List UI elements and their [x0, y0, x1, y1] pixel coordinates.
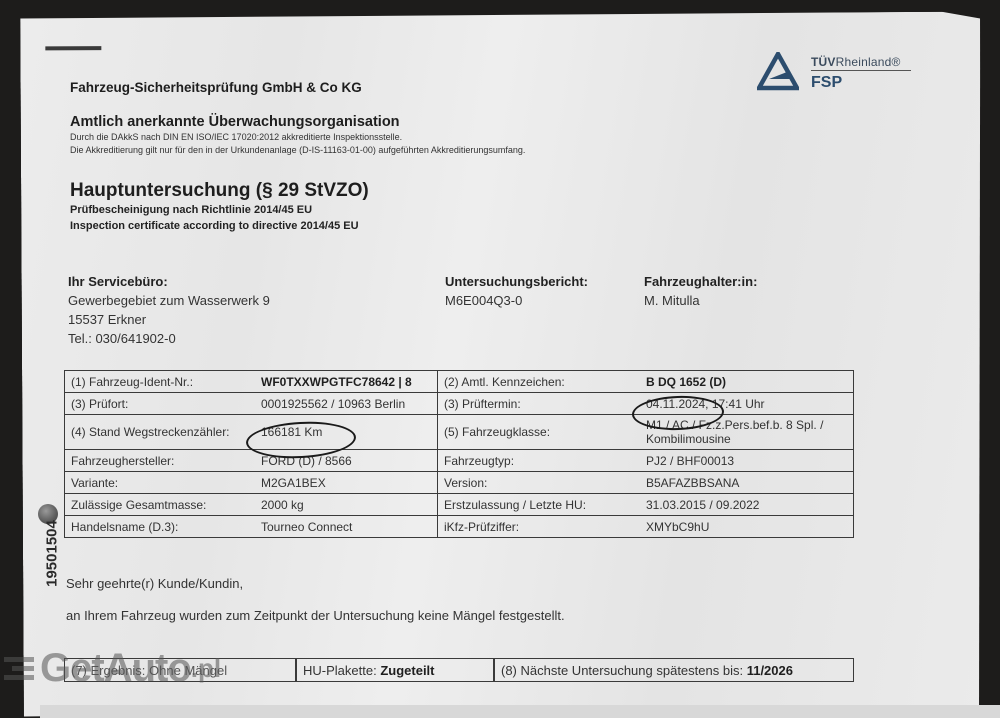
inspection-place-value: 0001925562 / 10963 Berlin — [255, 393, 438, 415]
organisation-title: Amtlich anerkannte Überwachungsorganisat… — [70, 114, 400, 130]
accreditation-line-2: Die Akkreditierung gilt nur für den in d… — [70, 145, 525, 155]
variant-label: Variante: — [65, 472, 256, 494]
gross-mass-value: 2000 kg — [255, 494, 438, 516]
logo-sub: FSP — [811, 74, 842, 92]
tuv-triangle-logo-icon — [757, 52, 799, 92]
table-row: Fahrzeughersteller: FORD (D) / 8566 Fahr… — [65, 450, 854, 472]
next-inspection-value: 11/2026 — [747, 663, 793, 678]
holder-block: Fahrzeughalter:in: M. Mitulla — [644, 274, 757, 310]
document-title: Hauptuntersuchung (§ 29 StVZO) — [70, 180, 369, 202]
inspection-date-label: (3) Prüftermin: — [438, 393, 641, 415]
inspection-date-value: 04.11.2024, 17:41 Uhr — [640, 393, 854, 415]
getauto-watermark: GetAuto.pl — [4, 646, 221, 691]
side-document-number: 19501504 — [44, 504, 61, 604]
letter-message: an Ihrem Fahrzeug wurden zum Zeitpunkt d… — [66, 608, 565, 623]
watermark-text: GetAuto — [40, 646, 191, 691]
plakette-label: HU-Plakette: — [303, 663, 377, 678]
document-subtitle-en: Inspection certificate according to dire… — [70, 220, 359, 232]
table-row: Zulässige Gesamtmasse: 2000 kg Erstzulas… — [65, 494, 854, 516]
letter-greeting: Sehr geehrte(r) Kunde/Kundin, — [66, 576, 243, 591]
plate-value: B DQ 1652 (D) — [640, 371, 854, 393]
check-digit-label: iKfz-Prüfziffer: — [438, 516, 641, 538]
logo-brand: TÜVRheinland® — [811, 55, 901, 69]
service-office-block: Ihr Servicebüro: Gewerbegebiet zum Wasse… — [68, 274, 270, 348]
table-row: (1) Fahrzeug-Ident-Nr.: WF0TXXWPGTFC7864… — [65, 371, 854, 393]
inspection-place-label: (3) Prüfort: — [65, 393, 256, 415]
report-heading: Untersuchungsbericht: — [445, 274, 588, 289]
service-office-street: Gewerbegebiet zum Wasserwerk 9 — [68, 291, 270, 310]
underlying-sheet — [40, 705, 1000, 718]
logo-divider — [811, 70, 911, 71]
manufacturer-label: Fahrzeughersteller: — [65, 450, 256, 472]
vehicle-class-label: (5) Fahrzeugklasse: — [438, 415, 641, 450]
service-office-phone: Tel.: 030/641902-0 — [68, 329, 270, 348]
plate-label: (2) Amtl. Kennzeichen: — [438, 371, 641, 393]
trade-name-label: Handelsname (D.3): — [65, 516, 256, 538]
report-block: Untersuchungsbericht: M6E004Q3-0 — [445, 274, 588, 310]
next-inspection-label: (8) Nächste Untersuchung spätestens bis: — [501, 663, 743, 678]
vin-label: (1) Fahrzeug-Ident-Nr.: — [65, 371, 256, 393]
registration-value: 31.03.2015 / 09.2022 — [640, 494, 854, 516]
plakette-box: HU-Plakette: Zugeteilt — [296, 658, 494, 682]
document-subtitle-de: Prüfbescheinigung nach Richtlinie 2014/4… — [70, 204, 312, 216]
next-inspection-box: (8) Nächste Untersuchung spätestens bis:… — [494, 658, 854, 682]
company-name: Fahrzeug-Sicherheitsprüfung GmbH & Co KG — [70, 80, 362, 95]
service-office-heading: Ihr Servicebüro: — [68, 274, 270, 289]
vin-value: WF0TXXWPGTFC78642 | 8 — [255, 371, 438, 393]
manufacturer-value: FORD (D) / 8566 — [255, 450, 438, 472]
odometer-value: 166181 Km — [255, 415, 438, 450]
odometer-label: (4) Stand Wegstreckenzähler: — [65, 415, 256, 450]
vehicle-data-table: (1) Fahrzeug-Ident-Nr.: WF0TXXWPGTFC7864… — [64, 370, 854, 538]
vehicle-type-label: Fahrzeugtyp: — [438, 450, 641, 472]
printer-mark — [45, 46, 101, 50]
variant-value: M2GA1BEX — [255, 472, 438, 494]
table-row: Handelsname (D.3): Tourneo Connect iKfz-… — [65, 516, 854, 538]
vehicle-class-value: M1 / AC / Fz.z.Pers.bef.b. 8 Spl. / Komb… — [640, 415, 854, 450]
accreditation-line-1: Durch die DAkkS nach DIN EN ISO/IEC 1702… — [70, 132, 402, 142]
table-row: Variante: M2GA1BEX Version: B5AFAZBBSANA — [65, 472, 854, 494]
service-office-city: 15537 Erkner — [68, 310, 270, 329]
table-row: (3) Prüfort: 0001925562 / 10963 Berlin (… — [65, 393, 854, 415]
trade-name-value: Tourneo Connect — [255, 516, 438, 538]
version-value: B5AFAZBBSANA — [640, 472, 854, 494]
tuv-rheinland-logo: TÜVRheinland® FSP — [757, 48, 927, 98]
version-label: Version: — [438, 472, 641, 494]
holder-heading: Fahrzeughalter:in: — [644, 274, 757, 289]
plakette-value: Zugeteilt — [380, 663, 434, 678]
table-row: (4) Stand Wegstreckenzähler: 166181 Km (… — [65, 415, 854, 450]
registration-label: Erstzulassung / Letzte HU: — [438, 494, 641, 516]
watermark-suffix: .pl — [191, 653, 221, 684]
holder-name: M. Mitulla — [644, 291, 757, 310]
gross-mass-label: Zulässige Gesamtmasse: — [65, 494, 256, 516]
report-number: M6E004Q3-0 — [445, 291, 588, 310]
check-digit-value: XMYbC9hU — [640, 516, 854, 538]
watermark-menu-icon — [4, 657, 34, 680]
vehicle-type-value: PJ2 / BHF00013 — [640, 450, 854, 472]
